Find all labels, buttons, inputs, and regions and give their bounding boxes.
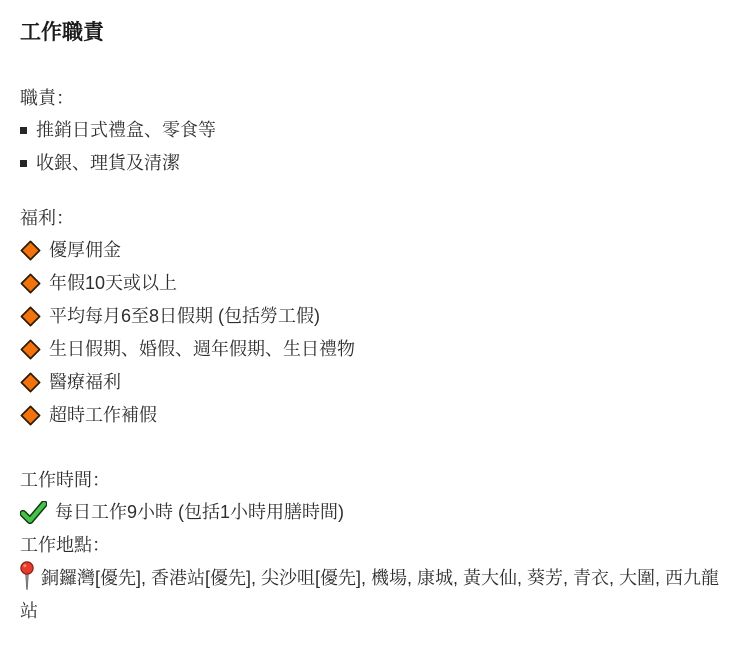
green-check-icon	[20, 501, 47, 524]
list-item: 年假10天或以上	[20, 267, 730, 300]
section-heading-benefits: 福利：	[20, 202, 730, 234]
job-description-panel: 工作職責 職責： 推銷日式禮盒、零食等 收銀、理貨及清潔 福利： 優厚佣金 年假…	[0, 0, 750, 628]
list-item: 醫療福利	[20, 366, 730, 399]
orange-diamond-icon	[20, 240, 41, 261]
working-hours-text: 每日工作9小時 (包括1小時用膳時間)	[55, 496, 344, 529]
section-heading-location: 工作地點：	[20, 529, 730, 561]
orange-diamond-icon	[20, 339, 41, 360]
list-item: 收銀、理貨及清潔	[20, 147, 730, 180]
list-item: 超時工作補假	[20, 399, 730, 432]
benefit-item-text: 平均每月6至8日假期 (包括勞工假)	[49, 300, 320, 333]
benefit-item-text: 超時工作補假	[49, 399, 157, 432]
orange-diamond-icon	[20, 405, 41, 426]
location-list-text: 銅鑼灣[優先], 香港站[優先], 尖沙咀[優先], 機場, 康城, 黃大仙, …	[20, 568, 719, 621]
section-working-hours: 工作時間： 每日工作9小時 (包括1小時用膳時間)	[20, 464, 730, 529]
list-item: 生日假期、婚假、週年假期、生日禮物	[20, 333, 730, 366]
list-item: 平均每月6至8日假期 (包括勞工假)	[20, 300, 730, 333]
square-bullet-icon	[20, 160, 27, 167]
list-item: 每日工作9小時 (包括1小時用膳時間)	[20, 496, 730, 529]
section-heading-responsibilities: 職責：	[20, 82, 730, 114]
list-item: 推銷日式禮盒、零食等	[20, 114, 730, 147]
page-title: 工作職責	[20, 20, 730, 46]
location-line: 銅鑼灣[優先], 香港站[優先], 尖沙咀[優先], 機場, 康城, 黃大仙, …	[20, 561, 730, 628]
section-responsibilities: 職責： 推銷日式禮盒、零食等 收銀、理貨及清潔	[20, 82, 730, 180]
orange-diamond-icon	[20, 372, 41, 393]
section-benefits: 福利： 優厚佣金 年假10天或以上 平均每月6至8日假期 (包括勞工假) 生日假…	[20, 202, 730, 432]
benefit-item-text: 醫療福利	[49, 366, 121, 399]
section-location: 工作地點： 銅鑼灣[優先], 香港站[優先], 尖沙咀[優先], 機場, 康城,…	[20, 529, 730, 628]
list-item: 優厚佣金	[20, 234, 730, 267]
responsibility-item-text: 收銀、理貨及清潔	[36, 147, 180, 180]
benefit-item-text: 生日假期、婚假、週年假期、生日禮物	[49, 333, 355, 366]
responsibility-item-text: 推銷日式禮盒、零食等	[36, 114, 216, 147]
orange-diamond-icon	[20, 273, 41, 294]
orange-diamond-icon	[20, 306, 41, 327]
benefit-item-text: 優厚佣金	[49, 234, 121, 267]
section-heading-working-hours: 工作時間：	[20, 464, 730, 496]
red-pushpin-icon	[20, 561, 34, 591]
benefit-item-text: 年假10天或以上	[49, 267, 177, 300]
square-bullet-icon	[20, 127, 27, 134]
